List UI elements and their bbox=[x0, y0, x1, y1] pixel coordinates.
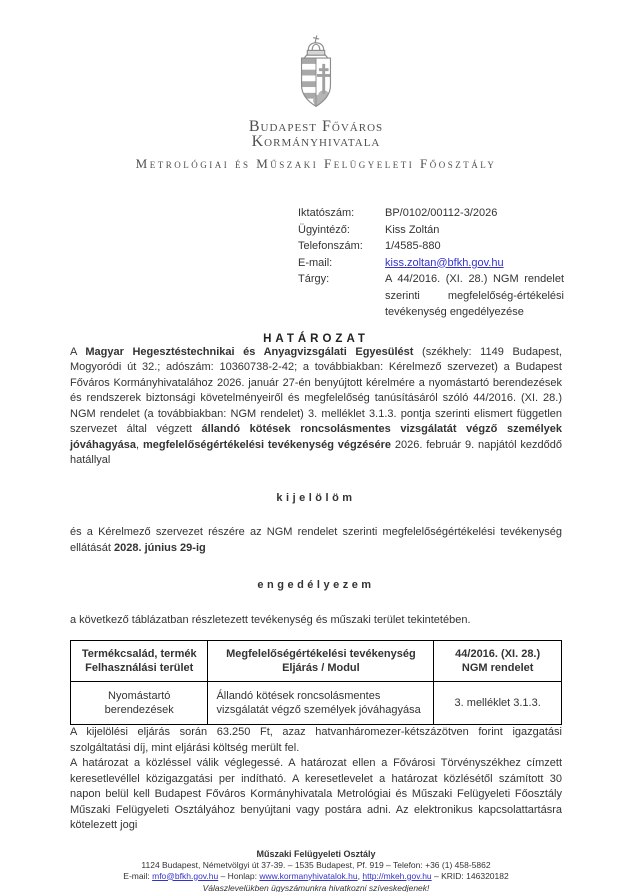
org-name-line2: Kormányhivatala bbox=[0, 134, 632, 149]
ugyintezo-label: Ügyintéző: bbox=[298, 222, 385, 239]
footer-address: 1124 Budapest, Németvölgyi út 37-39. – 1… bbox=[0, 860, 632, 871]
org-name-line1: Budapest Főváros bbox=[0, 119, 632, 134]
footer-email-link[interactable]: mfo@bfkh.gov.hu bbox=[152, 871, 218, 881]
table-header-activity: Megfelelőségértékelési tevékenység Eljár… bbox=[208, 641, 434, 682]
department-name: Metrológiai és Műszaki Felügyeleti Főosz… bbox=[0, 156, 632, 172]
paragraph-applicant: A Magyar Hegesztéstechnikai és Anyagvizs… bbox=[70, 345, 562, 469]
table-cell-activity: Állandó kötések roncsolásmentes vizsgála… bbox=[208, 682, 434, 725]
table-header-row: Termékcsalád, termék Felhasználási terül… bbox=[71, 641, 562, 682]
activity-table: Termékcsalád, termék Felhasználási terül… bbox=[70, 640, 562, 725]
table-row: Nyomástartó berendezések Állandó kötések… bbox=[71, 682, 562, 725]
letterhead: Budapest Főváros Kormányhivatala Metroló… bbox=[0, 0, 632, 172]
heading-kijelolom: kijelölöm bbox=[70, 491, 562, 507]
paragraph-appeal: A határozat a közléssel válik véglegessé… bbox=[70, 756, 562, 834]
footer-note: Válaszlevelükben ügyszámunkra hivatkozni… bbox=[0, 883, 632, 892]
targy-label: Tárgy: bbox=[298, 271, 385, 321]
table-header-product: Termékcsalád, termék Felhasználási terül… bbox=[71, 641, 208, 682]
meta-row-email: E-mail: kiss.zoltan@bfkh.gov.hu bbox=[298, 255, 564, 272]
table-cell-regulation: 3. melléklet 3.1.3. bbox=[434, 682, 562, 725]
decision-title: HATÁROZAT bbox=[0, 333, 632, 345]
telefonszam-value: 1/4585-880 bbox=[385, 238, 564, 255]
iktatoszam-label: Iktatószám: bbox=[298, 205, 385, 222]
heading-engedelyezem: engedélyezem bbox=[70, 578, 562, 594]
table-cell-product: Nyomástartó berendezések bbox=[71, 682, 208, 725]
meta-row-telefonszam: Telefonszám: 1/4585-880 bbox=[298, 238, 564, 255]
iktatoszam-value: BP/0102/00112-3/2026 bbox=[385, 205, 564, 222]
table-header-regulation: 44/2016. (XI. 28.) NGM rendelet bbox=[434, 641, 562, 682]
ugyintezo-value: Kiss Zoltán bbox=[385, 222, 564, 239]
footer-contacts: E-mail: mfo@bfkh.gov.hu – Honlap: www.ko… bbox=[0, 871, 632, 882]
contact-email-link[interactable]: kiss.zoltan@bfkh.gov.hu bbox=[385, 257, 504, 269]
paragraph-table-intro: a következő táblázatban részletezett tev… bbox=[70, 613, 562, 629]
meta-row-iktatoszam: Iktatószám: BP/0102/00112-3/2026 bbox=[298, 205, 564, 222]
footer-website-link-2[interactable]: http://mkeh.gov.hu bbox=[362, 871, 431, 881]
paragraph-validity: és a Kérelmező szervezet részére az NGM … bbox=[70, 525, 562, 556]
telefonszam-label: Telefonszám: bbox=[298, 238, 385, 255]
document-page: Budapest Főváros Kormányhivatala Metroló… bbox=[0, 0, 632, 892]
hungary-coat-of-arms-icon bbox=[287, 34, 345, 115]
meta-row-ugyintezo: Ügyintéző: Kiss Zoltán bbox=[298, 222, 564, 239]
footer: Műszaki Felügyeleti Osztály 1124 Budapes… bbox=[0, 849, 632, 892]
paragraph-fee: A kijelölési eljárás során 63.250 Ft, az… bbox=[70, 725, 562, 756]
case-metadata: Iktatószám: BP/0102/00112-3/2026 Ügyinté… bbox=[298, 205, 564, 321]
footer-website-link-1[interactable]: www.kormanyhivatalok.hu bbox=[259, 871, 357, 881]
decision-body: A Magyar Hegesztéstechnikai és Anyagvizs… bbox=[70, 345, 562, 834]
meta-row-targy: Tárgy: A 44/2016. (XI. 28.) NGM rendelet… bbox=[298, 271, 564, 321]
email-label: E-mail: bbox=[298, 255, 385, 272]
targy-value: A 44/2016. (XI. 28.) NGM rendelet szerin… bbox=[385, 271, 564, 321]
footer-department: Műszaki Felügyeleti Osztály bbox=[0, 849, 632, 860]
